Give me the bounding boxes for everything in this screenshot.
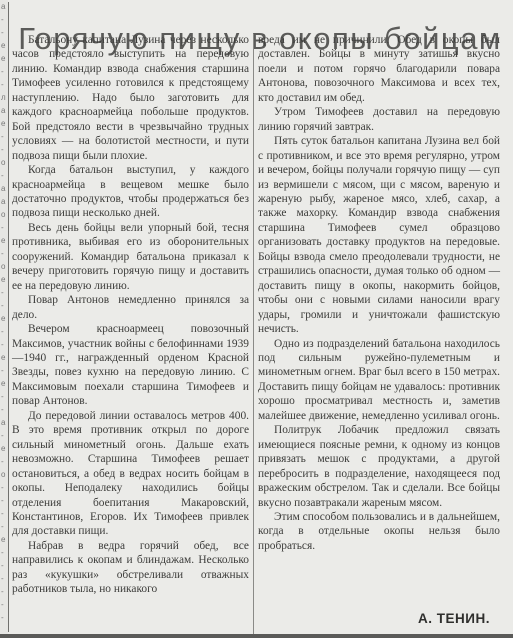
page-bottom-edge	[0, 634, 513, 638]
margin-fragment: -	[1, 520, 8, 533]
margin-fragment: е	[1, 312, 8, 325]
margin-fragment: -	[1, 481, 8, 494]
margin-fragment: е	[1, 377, 8, 390]
margin-fragment: -	[1, 403, 8, 416]
margin-fragment: -	[1, 26, 8, 39]
paragraph: Весь день бойцы вели упорный бой, тесня …	[12, 221, 249, 293]
margin-fragment: а	[1, 195, 8, 208]
paragraph: Этим способом пользовались и в дальнейше…	[258, 510, 500, 553]
paragraph: Когда батальон выступил, у каждого красн…	[12, 163, 249, 221]
margin-fragment: -	[1, 143, 8, 156]
margin-fragment: а	[1, 182, 8, 195]
paragraph: Одно из подразделений батальона находило…	[258, 337, 500, 424]
margin-fragment: е	[1, 533, 8, 546]
margin-fragment: -	[1, 247, 8, 260]
margin-fragment: -	[1, 13, 8, 26]
margin-fragment: -	[1, 507, 8, 520]
margin-fragment: е	[1, 273, 8, 286]
paragraph: Повар Антонов немедленно принялся за дел…	[12, 293, 249, 322]
margin-fragment: -	[1, 65, 8, 78]
margin-fragment: -	[1, 364, 8, 377]
margin-fragment: -	[1, 390, 8, 403]
margin-fragment: -	[1, 221, 8, 234]
left-column-rule	[8, 2, 9, 632]
paragraph-continuation: вреда им не причинили. Обед в окопы был …	[258, 33, 500, 105]
margin-fragment: -	[1, 429, 8, 442]
margin-fragment: -	[1, 338, 8, 351]
margin-fragment: а	[1, 416, 8, 429]
paragraph: До передовой линии оставалось метров 400…	[12, 409, 249, 539]
margin-fragment: о	[1, 156, 8, 169]
column-divider	[253, 34, 254, 634]
margin-fragment: а	[1, 104, 8, 117]
margin-fragment: -	[1, 455, 8, 468]
margin-fragment: е	[1, 39, 8, 52]
margin-fragment: -	[1, 585, 8, 598]
paragraph: Политрук Лобачик предложил связать имеющ…	[258, 423, 500, 510]
margin-fragment: е	[1, 52, 8, 65]
author-signature: А. ТЕНИН.	[418, 611, 490, 626]
margin-fragment: а	[1, 0, 8, 13]
adjacent-column-fragment: а--ее--лае--о-аао-е-ое--е--е-е--а-е-о---…	[0, 0, 8, 638]
margin-fragment: -	[1, 611, 8, 624]
margin-fragment: -	[1, 325, 8, 338]
margin-fragment: о	[1, 208, 8, 221]
margin-fragment: -	[1, 286, 8, 299]
margin-fragment: -	[1, 169, 8, 182]
paragraph: Вечером красноармеец повозочный Максимов…	[12, 322, 249, 409]
newspaper-clipping: а--ее--лае--о-аао-е-ое--е--е-е--а-е-о---…	[0, 0, 513, 638]
margin-fragment: -	[1, 299, 8, 312]
margin-fragment: -	[1, 572, 8, 585]
margin-fragment: о	[1, 468, 8, 481]
margin-fragment: е	[1, 234, 8, 247]
margin-fragment: е	[1, 117, 8, 130]
paragraph: Батальону капитана Лузина через нескольк…	[12, 33, 249, 163]
margin-fragment: -	[1, 78, 8, 91]
margin-fragment: -	[1, 494, 8, 507]
margin-fragment: -	[1, 559, 8, 572]
margin-fragment: е	[1, 442, 8, 455]
paragraph: Пять суток батальон капитана Лузина вел …	[258, 134, 500, 336]
margin-fragment: о	[1, 260, 8, 273]
article-column-right: вреда им не причинили. Обед в окопы был …	[258, 33, 500, 553]
margin-fragment: л	[1, 91, 8, 104]
margin-fragment: е	[1, 351, 8, 364]
article-column-left: Батальону капитана Лузина через нескольк…	[12, 33, 249, 597]
margin-fragment: -	[1, 130, 8, 143]
paragraph: Набрав в ведра горячий обед, все направи…	[12, 539, 249, 597]
margin-fragment: -	[1, 546, 8, 559]
margin-fragment: -	[1, 598, 8, 611]
paragraph: Утром Тимофеев доставил на передовую лин…	[258, 105, 500, 134]
